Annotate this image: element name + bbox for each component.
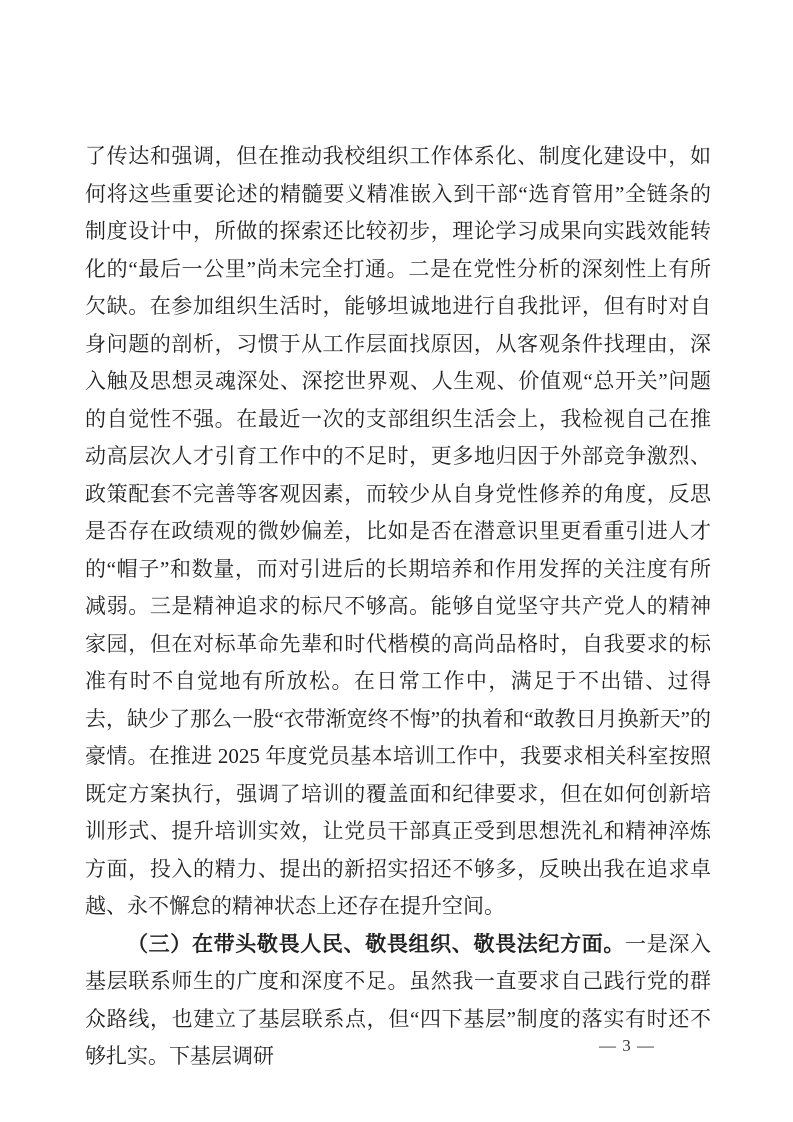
document-page: 了传达和强调，但在推动我校组织工作体系化、制度化建设中，如何将这些重要论述的精髓…	[0, 0, 793, 1122]
section-heading: （三）在带头敬畏人民、敬畏组织、敬畏法纪方面。	[127, 932, 625, 956]
page-number: — 3 —	[599, 1034, 679, 1058]
document-text-block: 了传达和强调，但在推动我校组织工作体系化、制度化建设中，如何将这些重要论述的精髓…	[85, 138, 711, 1076]
body-paragraph-continuation: 了传达和强调，但在推动我校组织工作体系化、制度化建设中，如何将这些重要论述的精髓…	[85, 138, 711, 926]
